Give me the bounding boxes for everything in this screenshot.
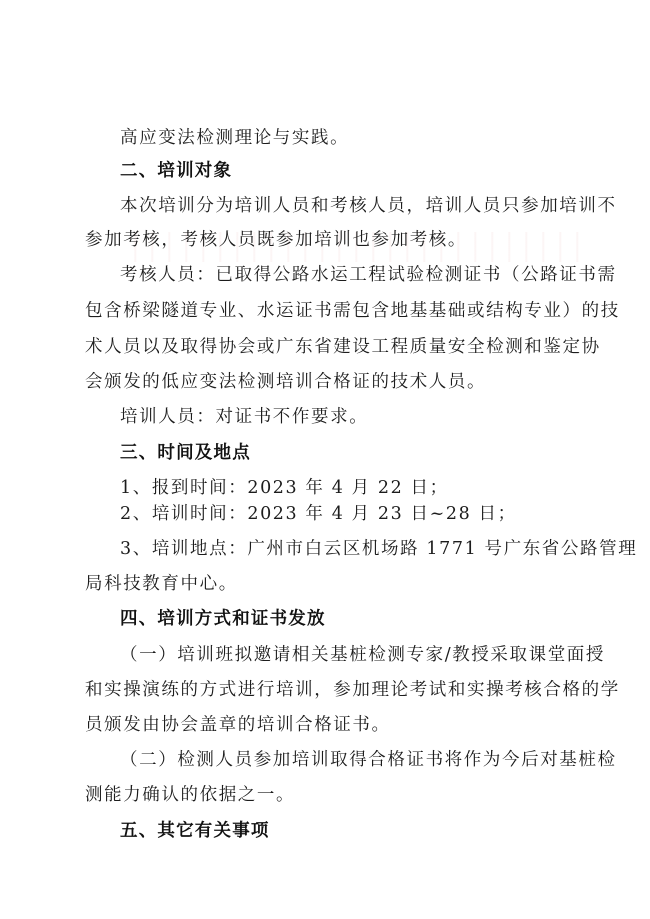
body-line-assessment-staff: 考核人员：已取得公路水运工程试验检测证书（公路证书需 [120, 264, 570, 286]
section-heading-training-method: 四、培训方式和证书发放 [120, 608, 570, 630]
body-line-method-2: （二）检测人员参加培训取得合格证书将作为今后对基桩检 [120, 749, 570, 771]
body-line-assessment-staff-cont-2: 术人员以及取得协会或广东省建设工程质量安全检测和鉴定协 [85, 336, 570, 358]
body-line-training-location: 3、培训地点：广州市白云区机场路 1771 号广东省公路管理 [120, 538, 570, 560]
body-line-method-1-cont-1: 和实操演练的方式进行培训，参加理论考试和实操考核合格的学 [85, 679, 570, 701]
section-heading-training-targets: 二、培训对象 [120, 160, 570, 182]
body-line-method-1: （一）培训班拟邀请相关基桩检测专家/教授采取课堂面授 [120, 644, 570, 666]
body-line-registration-time: 1、报到时间：2023 年 4 月 22 日； [120, 477, 570, 499]
body-line-assessment-staff-cont-1: 包含桥梁隧道专业、水运证书需包含地基基础或结构专业）的技 [85, 300, 570, 322]
body-line-method-1-cont-2: 员颁发由协会盖章的培训合格证书。 [85, 714, 570, 736]
section-heading-time-location: 三、时间及地点 [120, 442, 570, 464]
document-page: 高应变法检测理论与实践。 二、培训对象 本次培训分为培训人员和考核人员，培训人员… [0, 0, 650, 919]
body-line-method-2-cont: 测能力确认的依据之一。 [85, 784, 570, 806]
section-heading-other-matters: 五、其它有关事项 [120, 820, 570, 842]
body-line-assessment-staff-cont-3: 会颁发的低应变法检测培训合格证的技术人员。 [85, 371, 570, 393]
body-line-training-time: 2、培训时间：2023 年 4 月 23 日~28 日； [120, 503, 570, 525]
body-line-trainee-requirements: 培训人员：对证书不作要求。 [120, 406, 570, 428]
body-line-training-location-cont: 局科技教育中心。 [85, 573, 570, 595]
body-line-training-split-cont: 参加考核，考核人员既参加培训也参加考核。 [85, 229, 570, 251]
body-line-continuation: 高应变法检测理论与实践。 [120, 127, 570, 149]
body-line-training-split: 本次培训分为培训人员和考核人员，培训人员只参加培训不 [120, 195, 570, 217]
